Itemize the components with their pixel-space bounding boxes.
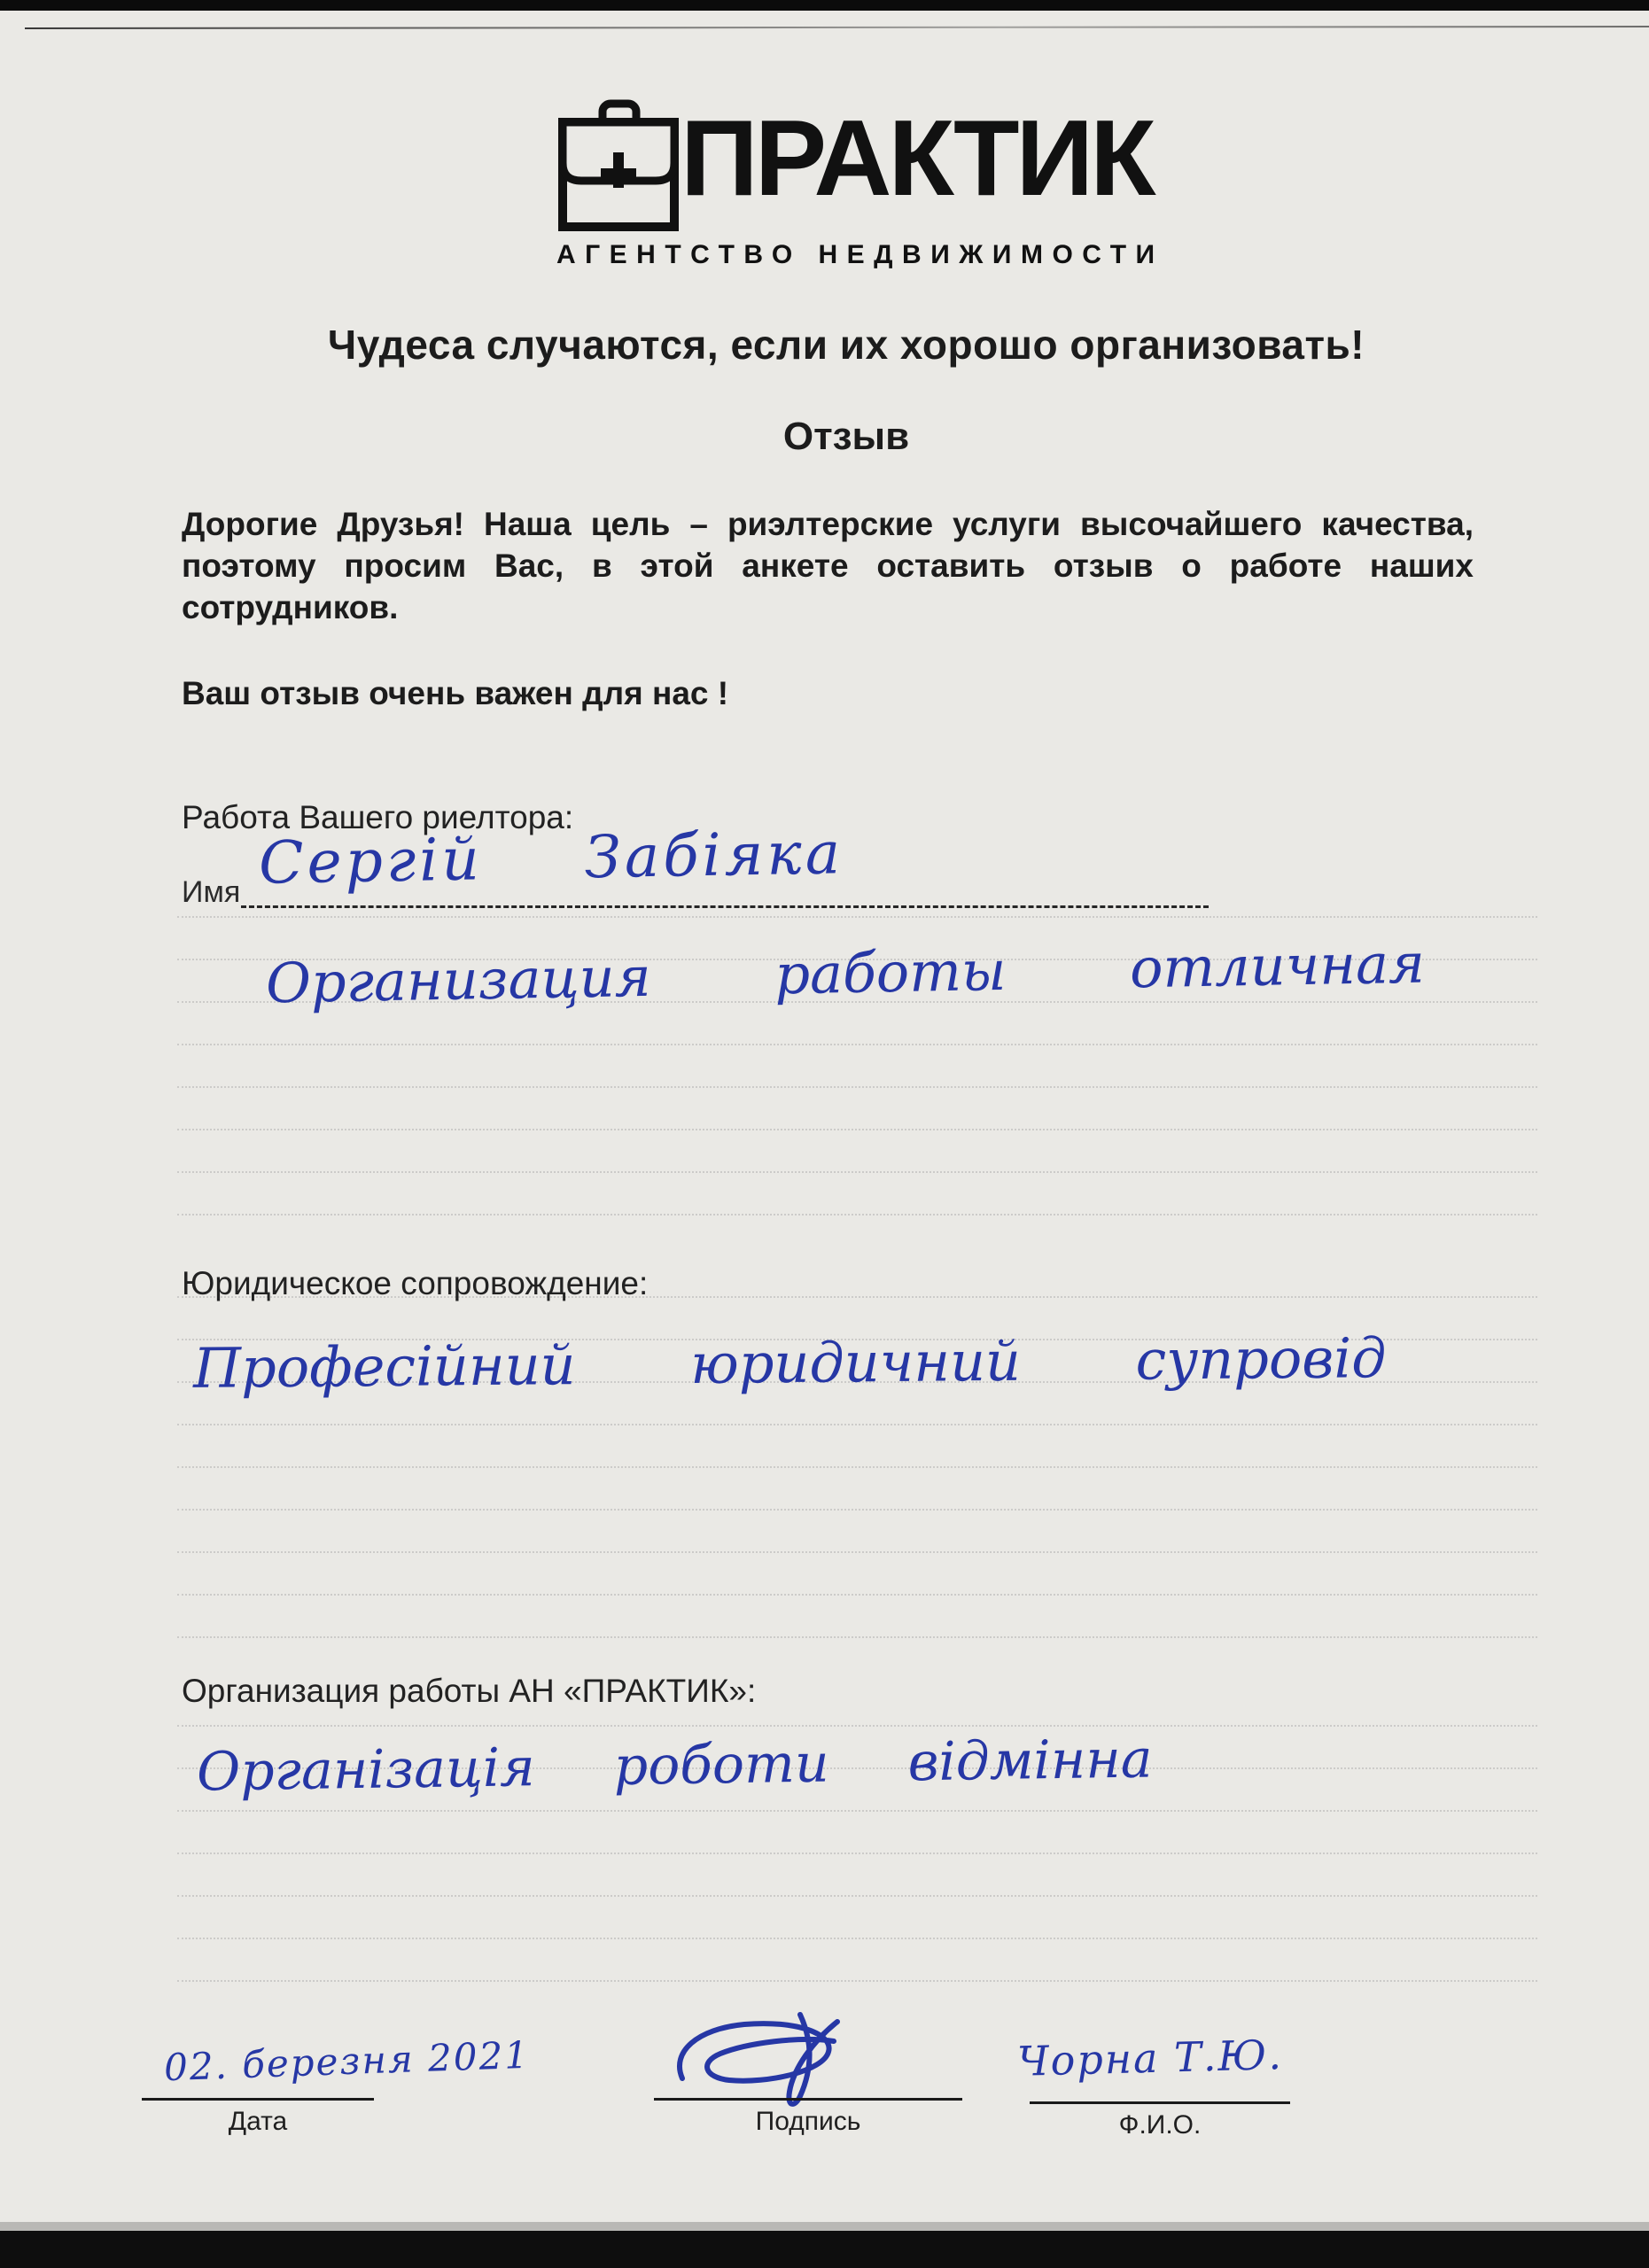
brand-tagline: АГЕНТСТВО НЕДВИЖИМОСТИ <box>556 240 1187 270</box>
name-field-line <box>241 905 1209 908</box>
name-field-label: Имя <box>182 875 240 910</box>
fio-caption: Ф.И.О. <box>1030 2110 1290 2140</box>
scan-line-artifact <box>25 26 1649 29</box>
scan-edge-bottom <box>0 2231 1649 2268</box>
importance-note: Ваш отзыв очень важен для нас ! <box>182 675 728 712</box>
intro-paragraph: Дорогие Друзья! Наша цель – риэлтерские … <box>182 503 1474 628</box>
agency-logo: ПРАКТИК АГЕНТСТВО НЕДВИЖИМОСТИ <box>556 96 1187 270</box>
handwritten-answer-legal: Професійний юридичний супровід <box>193 1325 1387 1401</box>
handwritten-realtor-name: Сергій Забіяка <box>258 819 844 897</box>
scanned-feedback-form: ПРАКТИК АГЕНТСТВО НЕДВИЖИМОСТИ Чудеса сл… <box>0 0 1649 2268</box>
brand-name: ПРАКТИК <box>681 96 1153 220</box>
page-title: Отзыв <box>159 415 1533 459</box>
section-label-organisation: Организация работы АН «ПРАКТИК»: <box>182 1673 756 1710</box>
handwritten-answer-organisation: Організація роботи відмінна <box>197 1728 1153 1803</box>
handwritten-date: 02. березня 2021 <box>163 2033 530 2089</box>
handwritten-answer-realtor: Организация работы отличная <box>265 931 1425 1016</box>
handwritten-fio: Чорна Т.Ю. <box>1016 2031 1283 2085</box>
slogan: Чудеса случаются, если их хорошо организ… <box>159 321 1533 369</box>
signature-line <box>654 2098 962 2101</box>
signature-caption: Подпись <box>654 2107 962 2137</box>
briefcase-icon <box>556 99 681 238</box>
section-label-legal: Юридическое сопровождение: <box>182 1265 648 1302</box>
date-caption: Дата <box>142 2107 374 2137</box>
date-line <box>142 2098 374 2101</box>
scan-edge-top <box>0 0 1649 11</box>
scan-edge-bottom-haze <box>0 2222 1649 2231</box>
fio-line <box>1030 2101 1290 2104</box>
